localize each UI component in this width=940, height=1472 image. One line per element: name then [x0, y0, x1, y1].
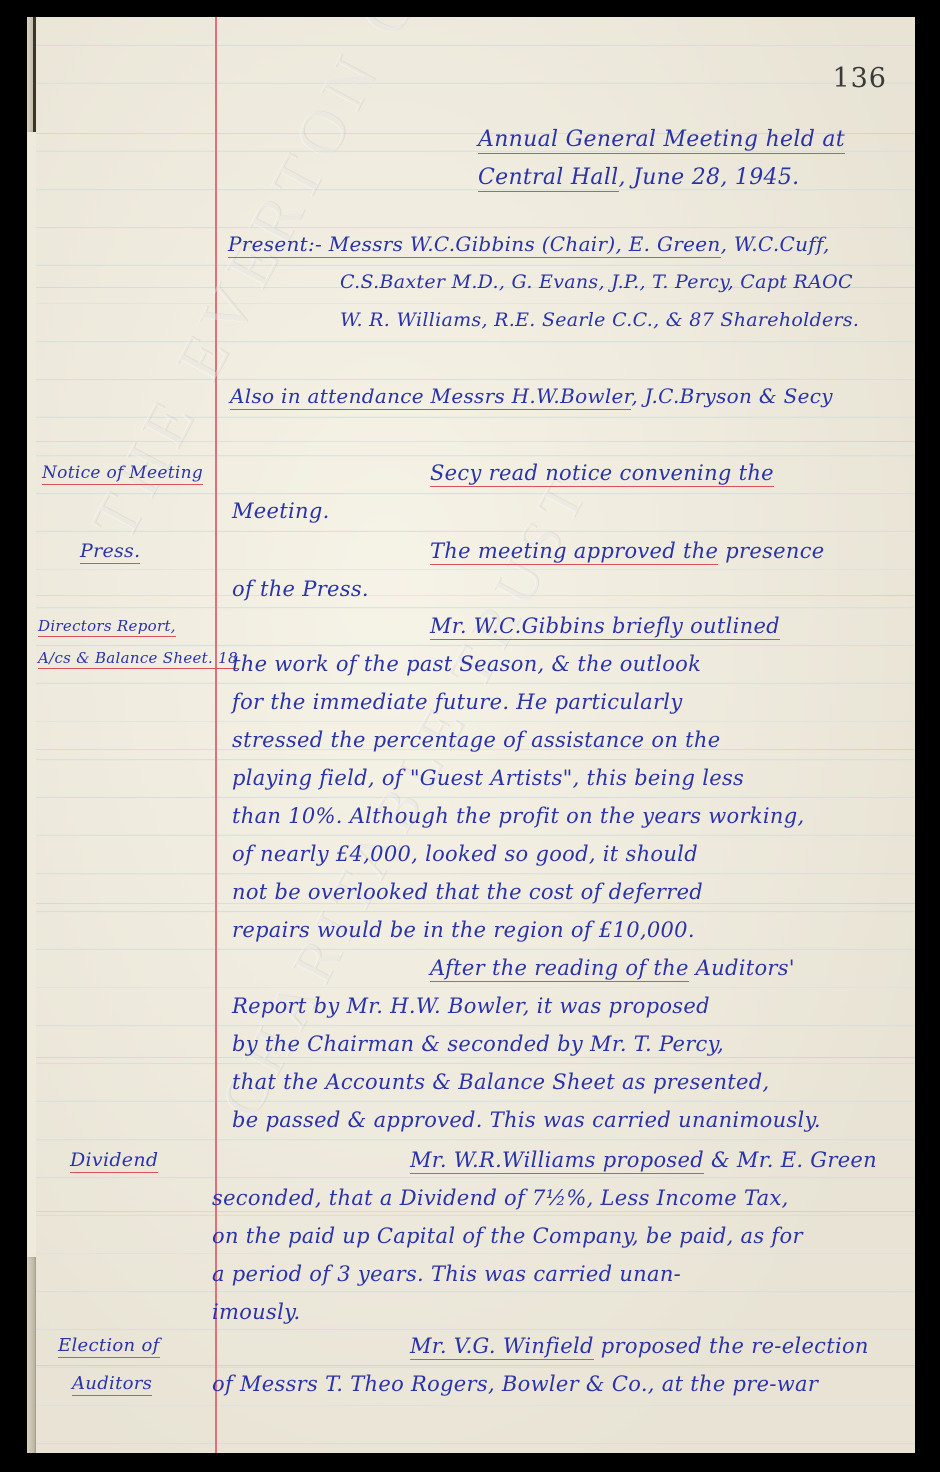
attendance-underlined: Also in attendance Messrs H.W.Bowler	[230, 384, 631, 410]
present-label: Present:- Messrs W.C.Gibbins (Chair), E.…	[228, 232, 721, 258]
meeting-title: Annual General Meeting held at Central H…	[478, 121, 845, 197]
attendance-line: Also in attendance Messrs H.W.Bowler, J.…	[230, 377, 833, 415]
side-label-election-auditors: Election of Auditors	[58, 1327, 160, 1403]
title-line-1: Annual General Meeting held at	[478, 127, 845, 154]
notice-paragraph: Secy read notice convening the Meeting.	[232, 454, 774, 530]
present-continued: C.S.Baxter M.D., G. Evans, J.P., T. Perc…	[340, 263, 859, 339]
directors-report-paragraph: Mr. W.C.Gibbins briefly outlined the wor…	[232, 607, 821, 1139]
side-label-dividend: Dividend	[70, 1141, 158, 1179]
scanned-ledger-page: THE EVERTON COLLECTION CHARITABLE TRUST …	[0, 0, 940, 1472]
title-date: , June 28, 1945.	[619, 165, 800, 190]
page-number: 136	[832, 63, 887, 94]
dividend-paragraph: Mr. W.R.Williams proposed & Mr. E. Green…	[212, 1141, 877, 1331]
attendance-rest: , J.C.Bryson & Secy	[631, 384, 832, 408]
present-line-2: C.S.Baxter M.D., G. Evans, J.P., T. Perc…	[340, 263, 859, 301]
title-venue: Central Hall	[478, 165, 619, 192]
side-label-directors-report: Directors Report, A/cs & Balance Sheet. …	[38, 607, 238, 677]
election-auditors-paragraph: Mr. V.G. Winfield proposed the re-electi…	[212, 1327, 869, 1403]
press-paragraph: The meeting approved the presence of the…	[232, 532, 825, 608]
present-block: Present:- Messrs W.C.Gibbins (Chair), E.…	[228, 225, 830, 263]
side-label-notice: Notice of Meeting	[42, 454, 203, 492]
side-label-press: Press.	[80, 532, 140, 570]
present-line-3: W. R. Williams, R.E. Searle C.C., & 87 S…	[340, 301, 859, 339]
minute-book-page: THE EVERTON COLLECTION CHARITABLE TRUST …	[36, 17, 915, 1453]
present-line1-rest: , W.C.Cuff,	[721, 232, 830, 256]
